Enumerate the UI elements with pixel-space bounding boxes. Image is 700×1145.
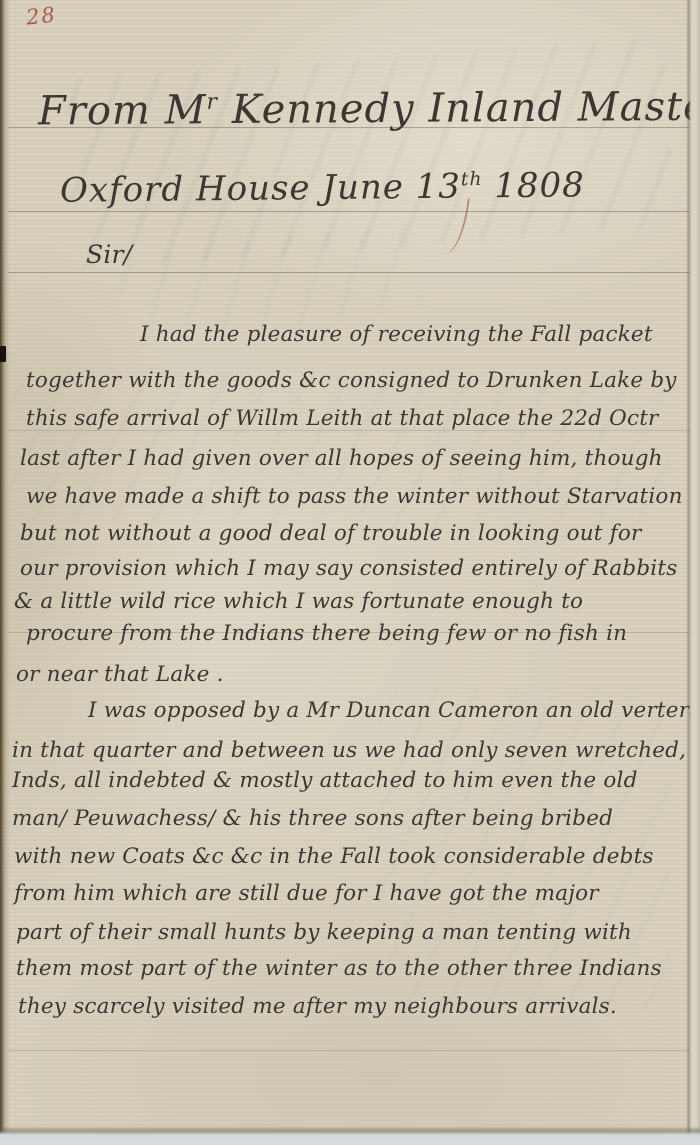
manuscript-line: they scarcely visited me after my neighb… bbox=[18, 994, 617, 1019]
ruled-line bbox=[8, 1050, 698, 1051]
ruled-line bbox=[8, 272, 698, 273]
heading-text-pre: From M bbox=[38, 87, 207, 134]
manuscript-line: I was opposed by a Mr Duncan Cameron an … bbox=[88, 698, 700, 723]
heading-superscript: r bbox=[206, 90, 218, 115]
manuscript-line: together with the goods &c consigned to … bbox=[26, 368, 677, 393]
letter-heading: From Mr Kennedy Inland Master bbox=[38, 84, 700, 135]
dateline-text-pre: Oxford House June 13 bbox=[60, 167, 461, 211]
ink-showthrough bbox=[64, 37, 676, 268]
manuscript-line: we have made a shift to pass the winter … bbox=[26, 484, 683, 509]
manuscript-line: procure from the Indians there being few… bbox=[26, 621, 627, 646]
book-binding bbox=[0, 0, 10, 1134]
manuscript-page: 28 From Mr Kennedy Inland Master Oxford … bbox=[0, 0, 690, 1134]
manuscript-line: our provision which I may say consisted … bbox=[20, 556, 677, 581]
letter-dateline: Oxford House June 13th 1808 bbox=[60, 165, 585, 210]
manuscript-line: man/ Peuwachess/ & his three sons after … bbox=[12, 806, 613, 831]
heading-text-post: Kennedy Inland Master bbox=[218, 84, 700, 134]
manuscript-line: but not without a good deal of trouble i… bbox=[20, 521, 641, 546]
manuscript-line: & a little wild rice which I was fortuna… bbox=[14, 589, 583, 614]
manuscript-line: I had the pleasure of receiving the Fall… bbox=[140, 322, 653, 347]
binding-mark bbox=[0, 346, 6, 362]
page-edge bbox=[0, 1126, 700, 1145]
dateline-text-post: 1808 bbox=[482, 165, 585, 206]
page-edge bbox=[686, 0, 700, 1134]
manuscript-line: from him which are still due for I have … bbox=[14, 881, 599, 906]
manuscript-line: or near that Lake . bbox=[16, 662, 224, 687]
ruled-line bbox=[8, 211, 698, 212]
manuscript-line: this safe arrival of Willm Leith at that… bbox=[26, 406, 659, 431]
dateline-superscript: th bbox=[461, 169, 483, 190]
manuscript-line: last after I had given over all hopes of… bbox=[20, 446, 663, 471]
manuscript-scan: 28 From Mr Kennedy Inland Master Oxford … bbox=[0, 0, 700, 1145]
salutation: Sir/ bbox=[86, 240, 132, 269]
manuscript-line: them most part of the winter as to the o… bbox=[16, 956, 662, 981]
manuscript-line: Inds, all indebted & mostly attached to … bbox=[12, 768, 638, 793]
manuscript-line: part of their small hunts by keeping a m… bbox=[16, 920, 632, 945]
manuscript-line: with new Coats &c &c in the Fall took co… bbox=[14, 844, 654, 869]
manuscript-line: in that quarter and between us we had on… bbox=[12, 738, 686, 763]
page-number: 28 bbox=[25, 2, 58, 29]
